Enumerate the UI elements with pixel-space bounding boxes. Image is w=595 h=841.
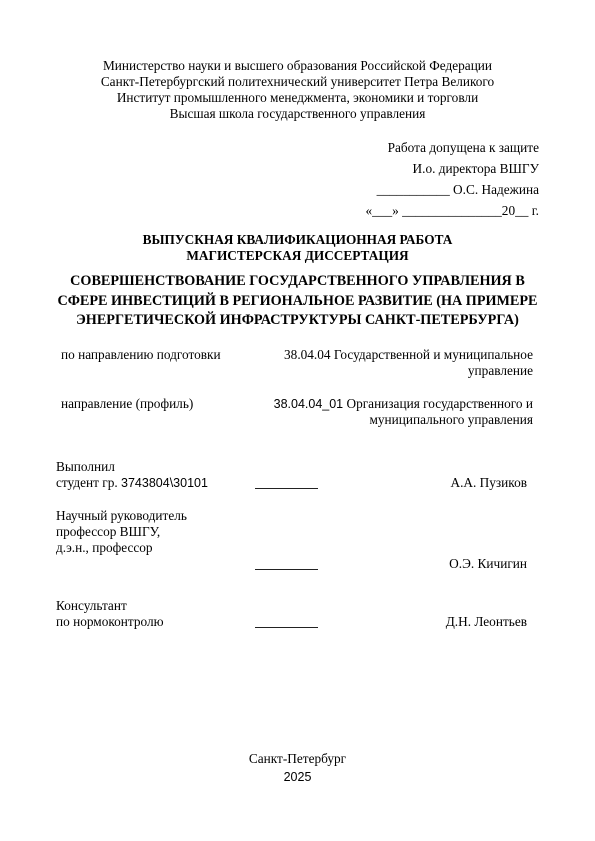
profile-title-part: Организация государственного и: [343, 396, 533, 411]
institution-header: Министерство науки и высшего образования…: [0, 58, 595, 122]
topic-line1: СОВЕРШЕНСТВОВАНИЕ ГОСУДАРСТВЕННОГО УПРАВ…: [0, 272, 595, 292]
direction-label: по направлению подготовки: [61, 347, 221, 363]
consultant-role: Консультант по нормоконтролю: [56, 598, 164, 630]
direction-value-line1: 38.04.04 Государственной и муниципальное: [284, 347, 533, 363]
direction-value-line2: управление: [284, 363, 533, 379]
direction-value: 38.04.04 Государственной и муниципальное…: [284, 347, 533, 379]
approval-block: Работа допущена к защите И.о. директора …: [366, 137, 540, 221]
thesis-topic: СОВЕРШЕНСТВОВАНИЕ ГОСУДАРСТВЕННОГО УПРАВ…: [0, 272, 595, 331]
student-role: Выполнил студент гр. 3743804\30101: [56, 459, 208, 491]
supervisor-name: О.Э. Кичигин: [449, 556, 527, 572]
work-type-line2: МАГИСТЕРСКАЯ ДИССЕРТАЦИЯ: [0, 248, 595, 264]
supervisor-signature-line: [255, 569, 318, 570]
approval-date: «___» _______________20__ г.: [366, 200, 540, 221]
profile-value-line1: 38.04.04_01 Организация государственного…: [274, 396, 533, 412]
student-group-number: 3743804\30101: [121, 476, 208, 490]
institute-line: Институт промышленного менеджмента, экон…: [0, 90, 595, 106]
topic-line3: ЭНЕРГЕТИЧЕСКОЙ ИНФРАСТРУКТУРЫ САНКТ-ПЕТЕ…: [0, 311, 595, 331]
consultant-role-line2: по нормоконтролю: [56, 614, 164, 630]
supervisor-role-line2: профессор ВШГУ,: [56, 524, 187, 540]
student-group-prefix: студент гр.: [56, 475, 121, 490]
profile-value: 38.04.04_01 Организация государственного…: [274, 396, 533, 428]
consultant-name: Д.Н. Леонтьев: [446, 614, 527, 630]
consultant-signature-line: [255, 627, 318, 628]
supervisor-role-line3: д.э.н., профессор: [56, 540, 187, 556]
student-role-line1: Выполнил: [56, 459, 208, 475]
school-line: Высшая школа государственного управления: [0, 106, 595, 122]
approval-admitted: Работа допущена к защите: [366, 137, 540, 158]
profile-code: 38.04.04_01: [274, 397, 344, 411]
supervisor-role: Научный руководитель профессор ВШГУ, д.э…: [56, 508, 187, 556]
approval-director-signature: ___________ О.С. Надежина: [366, 179, 540, 200]
student-name: А.А. Пузиков: [450, 475, 527, 491]
approval-director-title: И.о. директора ВШГУ: [366, 158, 540, 179]
student-signature-line: [255, 488, 318, 489]
work-type-line1: ВЫПУСКНАЯ КВАЛИФИКАЦИОННАЯ РАБОТА: [0, 232, 595, 248]
ministry-line: Министерство науки и высшего образования…: [0, 58, 595, 74]
profile-value-line2: муниципального управления: [274, 412, 533, 428]
consultant-role-line1: Консультант: [56, 598, 164, 614]
work-type: ВЫПУСКНАЯ КВАЛИФИКАЦИОННАЯ РАБОТА МАГИСТ…: [0, 232, 595, 264]
university-line: Санкт-Петербургский политехнический унив…: [0, 74, 595, 90]
footer-year: 2025: [0, 769, 595, 785]
topic-line2: СФЕРЕ ИНВЕСТИЦИЙ В РЕГИОНАЛЬНОЕ РАЗВИТИЕ…: [0, 292, 595, 312]
footer-city: Санкт-Петербург: [0, 751, 595, 767]
profile-label: направление (профиль): [61, 396, 193, 412]
student-role-line2: студент гр. 3743804\30101: [56, 475, 208, 491]
supervisor-role-line1: Научный руководитель: [56, 508, 187, 524]
